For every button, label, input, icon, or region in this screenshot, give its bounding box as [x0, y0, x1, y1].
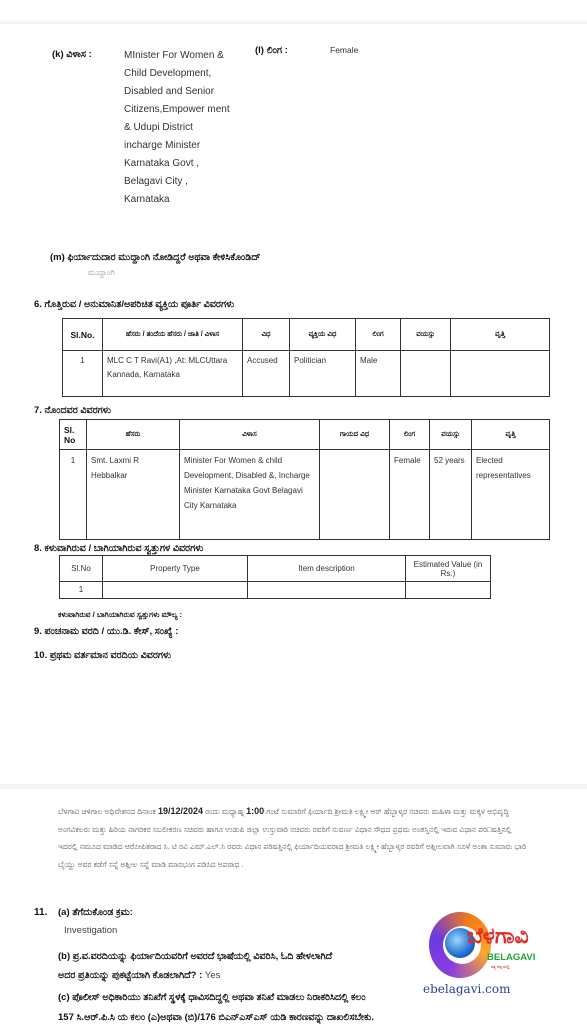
- cell: Male: [356, 351, 401, 397]
- col-header: ವಯಸ್ಸು: [401, 319, 451, 351]
- col-header: Sl. No: [60, 420, 87, 450]
- fir-read-answer: Yes: [205, 970, 221, 981]
- col-header: ಲಿಂಗ: [356, 319, 401, 351]
- col-header: ಹೆಸರು / ತಂದೆಯ ಹೆಸರು / ಜಾತಿ / ವಿಳಾಸ: [103, 319, 243, 351]
- logo-kannada-text: ಬೆಳಗಾವಿ: [467, 924, 529, 949]
- section-9-title: 9. ಪಂಚನಾಮ ವರದಿ / ಯು.ಡಿ. ಕೇಸ್, ಸಂಖ್ಯೆ :: [34, 626, 178, 637]
- fir-read-question-line2: ಅದರ ಪ್ರತಿಯನ್ನು ಪುಕಟ್ಟೆಯಾಗಿ ಕೊಡಲಾಗಿದೆ? :: [58, 970, 202, 981]
- field-m-label: (m) ಫಿರ್ಯಾದುದಾರ ಮುದ್ದಾಂಗಿ ನೋಡಿದ್ದರೆ ಅಥವಾ…: [50, 252, 260, 263]
- narrative-text: ಬೆಳಗಾವಿ ಚಳಿಗಾಲ ಅಧಿವೇಶನದ ದಿನಾಂಕ: [58, 807, 158, 816]
- col-header: Estimated Value (in Rs.): [406, 556, 491, 582]
- col-header: Sl.No.: [63, 319, 103, 351]
- cell: [103, 582, 248, 599]
- action-taken-label: (a) ತೆಗೆದುಕೊಂಡ ಕ್ರಮ:: [58, 907, 133, 918]
- cell: Female: [390, 450, 430, 540]
- col-header: Item description: [248, 556, 406, 582]
- col-header: ವೃತ್ತಿ: [472, 420, 550, 450]
- cell: [248, 582, 406, 599]
- fir-read-question: (b) ಪ್ರ.ವ.ವರದಿಯನ್ನು ಫಿರ್ಯಾದಿಯವರಿಗೆ ಅವರದೆ…: [58, 947, 438, 985]
- field-k-label: (k) ವಿಳಾಸ :: [52, 49, 92, 60]
- victim-table: Sl. No ಹೆಸರು ವಿಳಾಸ ಗಾಯದ ವಿಧ ಲಿಂಗ ವಯಸ್ಸು …: [59, 419, 550, 540]
- incident-time: 1:00: [246, 806, 264, 816]
- property-value-note: ಕಳುವಾಗಿರುವ / ಬಾಗಿಯಾಗಿರುವ ಸ್ವತ್ತುಗಳು ಮೌಲ್…: [58, 610, 182, 620]
- cell: [451, 351, 550, 397]
- section-10-title: 10. ಪ್ರಥಮ ವರ್ತಮಾನ ವರದಿಯ ವಿವರಗಳು: [34, 650, 171, 661]
- logo-url: ebelagavi.com: [423, 982, 510, 996]
- police-refusal-clause: (c) ಪೊಲೀಸ್ ಅಧಿಕಾರಿಯು ತನಿಖೆಗೆ ಸ್ಥಳಕ್ಕೆ ಧಾ…: [58, 988, 438, 1024]
- field-l-value: Female: [330, 45, 358, 55]
- logo-tagline: ಸತ್ಯ ನಿಷ್ಠ ಸುದ್ದಿ: [491, 964, 509, 969]
- police-refusal-line1: (c) ಪೊಲೀಸ್ ಅಧಿಕಾರಿಯು ತನಿಖೆಗೆ ಸ್ಥಳಕ್ಕೆ ಧಾ…: [58, 988, 438, 1008]
- field-k-value: MInister For Women & Child Development, …: [124, 47, 234, 209]
- fir-read-question-line1: (b) ಪ್ರ.ವ.ವರದಿಯನ್ನು ಫಿರ್ಯಾದಿಯವರಿಗೆ ಅವರದೆ…: [58, 947, 438, 966]
- cell: 52 years: [430, 450, 472, 540]
- table-row: 1: [60, 582, 491, 599]
- col-header: ವೃತ್ತಿ: [451, 319, 550, 351]
- cell: Smt. Laxmi R Hebbalkar: [87, 450, 180, 540]
- col-header: ಹೆಸರು: [87, 420, 180, 450]
- page-separator-middle: [0, 784, 587, 789]
- narrative-text: ಗಂಟೆ ಸುಮಾರಿಗೆ ಫಿರ್ಯಾದಿ ಶ್ರೀಮತಿ ಲಕ್ಷ್ಮೀ ಆ…: [58, 807, 526, 869]
- section-8-title: 8. ಕಳುವಾಗಿರುವ / ಬಾಗಿಯಾಗಿರುವ ಸ್ವತ್ತುಗಳ ವಿ…: [34, 543, 203, 554]
- col-header: ಗಾಯದ ವಿಧ: [320, 420, 390, 450]
- table-row: 1 MLC C T Ravi(A1) ,At: MLCUttara Kannad…: [63, 351, 550, 397]
- section-6-title: 6. ಗೊತ್ತಿರುವ / ಅನುಮಾನಿತ/ಅಪರಿಚಿತ ವ್ಯಕ್ತಿಯ…: [34, 299, 234, 310]
- col-header: ವಯಸ್ಸು: [430, 420, 472, 450]
- cell: 1: [60, 450, 87, 540]
- police-refusal-line2: 157 ಸಿ.ಆರ್.ಪಿ.ಸಿ ಯ ಕಲಂ (ಎ)ಅಥವಾ (ಬಿ)/176 …: [58, 1008, 438, 1024]
- table-header-row: Sl.No. ಹೆಸರು / ತಂದೆಯ ಹೆಸರು / ಜಾತಿ / ವಿಳಾ…: [63, 319, 550, 351]
- action-taken-value: Investigation: [64, 925, 117, 936]
- fir-narrative: ಬೆಳಗಾವಿ ಚಳಿಗಾಲ ಅಧಿವೇಶನದ ದಿನಾಂಕ 19/12/202…: [58, 803, 528, 873]
- col-header: ಲಿಂಗ: [390, 420, 430, 450]
- incident-date: 19/12/2024: [158, 806, 203, 816]
- col-header: Property Type: [103, 556, 248, 582]
- narrative-text: ರಂದು ಮಧ್ಯಾಹ್ನ: [203, 807, 246, 816]
- cell: 1: [60, 582, 103, 599]
- table-header-row: Sl. No ಹೆಸರು ವಿಳಾಸ ಗಾಯದ ವಿಧ ಲಿಂಗ ವಯಸ್ಸು …: [60, 420, 550, 450]
- ebelagavi-watermark-logo: ಬೆಳಗಾವಿ BELAGAVI ಸತ್ಯ ನಿಷ್ಠ ಸುದ್ದಿ ebela…: [425, 910, 545, 1000]
- col-header: ವ್ಯಕ್ತಿಯ ವಿಧ: [290, 319, 356, 351]
- cell: Minister For Women & child Development, …: [180, 450, 320, 540]
- cell: [401, 351, 451, 397]
- accused-table: Sl.No. ಹೆಸರು / ತಂದೆಯ ಹೆಸರು / ಜಾತಿ / ವಿಳಾ…: [62, 318, 550, 397]
- cell: Politician: [290, 351, 356, 397]
- cell: Accused: [243, 351, 290, 397]
- cell: 1: [63, 351, 103, 397]
- page-separator-top: [0, 19, 587, 24]
- cell: [320, 450, 390, 540]
- cell: MLC C T Ravi(A1) ,At: MLCUttara Kannada,…: [103, 351, 243, 397]
- field-l-label: (l) ಲಿಂಗ :: [255, 45, 288, 56]
- table-header-row: Sl.No Property Type Item description Est…: [60, 556, 491, 582]
- field-m-value: ಮುದ್ದಾಂಗಿ: [88, 268, 115, 278]
- col-header: ವಿಧ: [243, 319, 290, 351]
- logo-english-text: BELAGAVI: [487, 952, 535, 963]
- section-11-number: 11.: [34, 907, 47, 918]
- section-7-title: 7. ನೊಂದವರ ವಿವರಗಳು: [34, 405, 111, 416]
- cell: [406, 582, 491, 599]
- col-header: ವಿಳಾಸ: [180, 420, 320, 450]
- table-row: 1 Smt. Laxmi R Hebbalkar Minister For Wo…: [60, 450, 550, 540]
- col-header: Sl.No: [60, 556, 103, 582]
- cell: Elected representatives: [472, 450, 550, 540]
- property-table: Sl.No Property Type Item description Est…: [59, 555, 491, 599]
